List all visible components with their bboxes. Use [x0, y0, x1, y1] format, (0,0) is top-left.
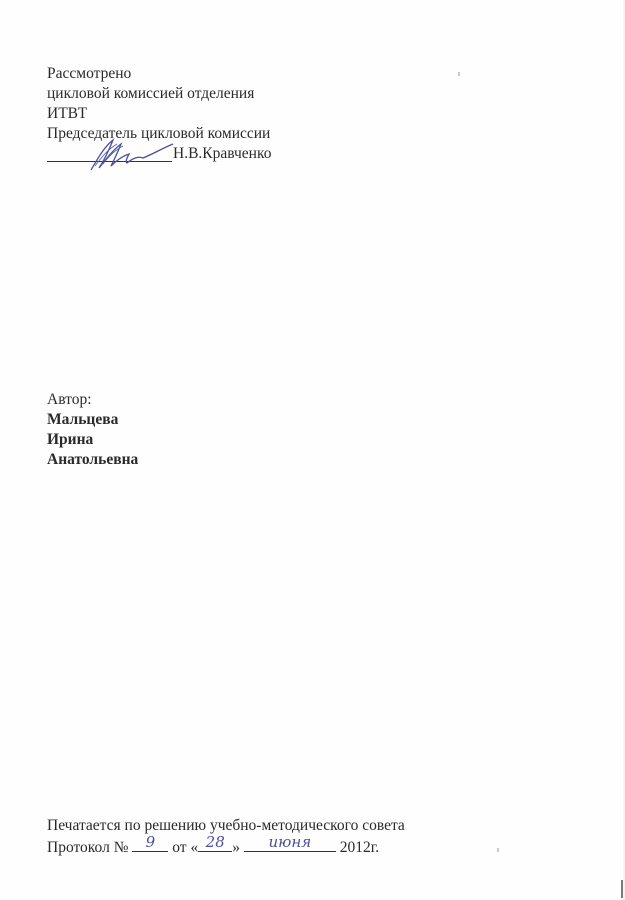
protocol-number-field: 9: [132, 836, 168, 852]
chair-name: Н.В.Кравченко: [173, 144, 271, 164]
day-field: 28: [198, 836, 232, 852]
month-field: июня: [244, 836, 336, 852]
author-last-name: Мальцева: [47, 410, 138, 430]
approval-line-1: Рассмотрено: [47, 64, 270, 84]
protocol-year: 2012г.: [340, 839, 379, 856]
scan-artifact: [621, 880, 623, 898]
protocol-month: июня: [244, 834, 336, 850]
author-first-name: Ирина: [47, 430, 138, 450]
protocol-day: 28: [198, 834, 232, 850]
scanned-page: Рассмотрено цикловой комиссией отделения…: [0, 0, 625, 900]
from-label: от «: [172, 839, 198, 856]
signature-icon: [83, 136, 175, 174]
publication-block: Печатается по решению учебно-методическо…: [47, 816, 405, 858]
approval-block: Рассмотрено цикловой комиссией отделения…: [47, 64, 270, 164]
author-patronymic: Анатольевна: [47, 450, 138, 470]
signature-line: Н.В.Кравченко: [47, 144, 270, 164]
protocol-number: 9: [132, 834, 168, 850]
scan-speck: [458, 72, 460, 76]
approval-line-2: цикловой комиссией отделения: [47, 84, 270, 104]
author-block: Автор: Мальцева Ирина Анатольевна: [47, 390, 138, 470]
approval-line-3: ИТВТ: [47, 104, 270, 124]
author-label: Автор:: [47, 390, 138, 410]
protocol-line: Протокол № 9 от « 28 » июня 2012г.: [47, 836, 405, 858]
publication-decision: Печатается по решению учебно-методическо…: [47, 816, 405, 836]
quote-close: »: [232, 839, 240, 856]
scan-speck: [497, 848, 499, 852]
protocol-label: Протокол №: [47, 839, 129, 856]
